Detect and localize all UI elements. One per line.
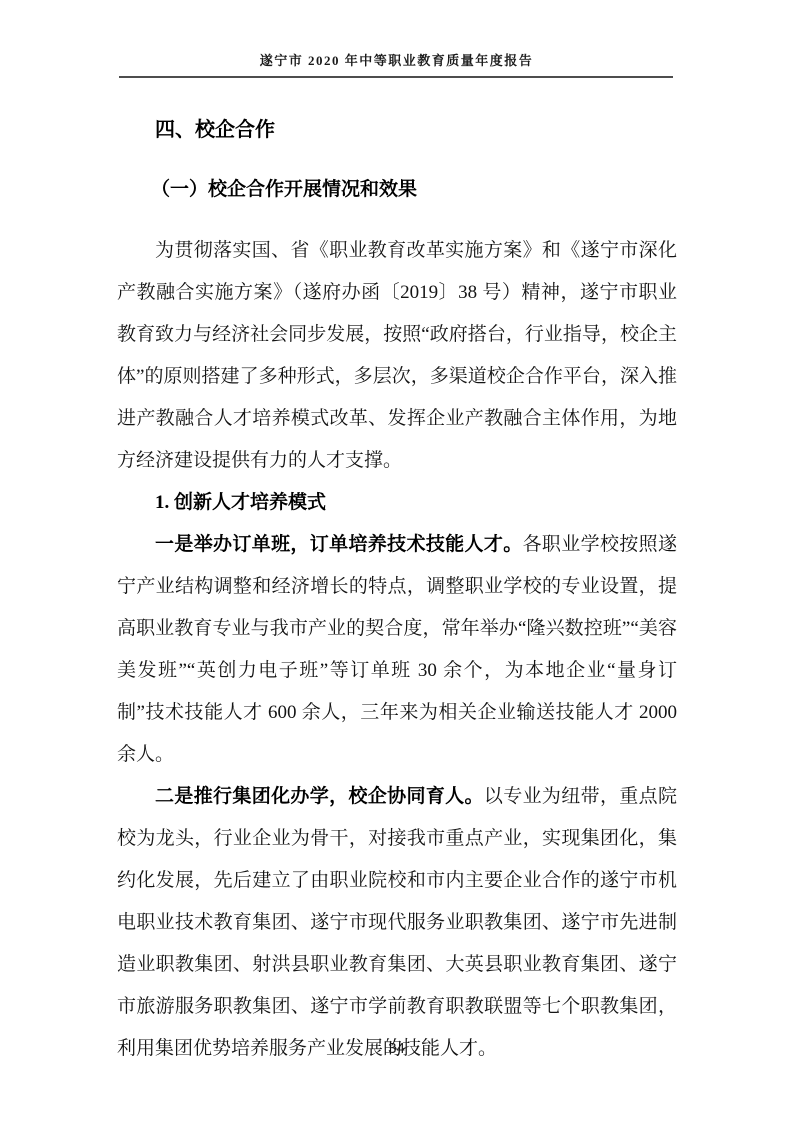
paragraph-intro: 为贯彻落实国、省《职业教育改革实施方案》和《遂宁市深化产教融合实施方案》（遂府办… [117,230,677,482]
paragraph-group-schooling: 二是推行集团化办学，校企协同育人。以专业为纽带，重点院校为龙头，行业企业为骨干，… [117,776,677,1070]
paragraph-lead: 一是举办订单班，订单培养技术技能人才。 [155,534,523,555]
point-heading-1: 1. 创新人才培养模式 [117,482,677,524]
paragraph-order-classes: 一是举办订单班，订单培养技术技能人才。各职业学校按照遂宁产业结构调整和经济增长的… [117,524,677,776]
paragraph-text: 以专业为纽带，重点院校为龙头，行业企业为骨干，对接我市重点产业，实现集团化，集约… [117,786,677,1059]
document-body: 四、校企合作 （一）校企合作开展情况和效果 为贯彻落实国、省《职业教育改革实施方… [117,106,677,1070]
paragraph-text: 为贯彻落实国、省《职业教育改革实施方案》和《遂宁市深化产教融合实施方案》（遂府办… [117,240,677,471]
subsection-heading: （一）校企合作开展情况和效果 [117,178,677,202]
paragraph-lead: 二是推行集团化办学，校企协同育人。 [155,786,484,807]
header-rule [119,76,673,78]
section-heading: 四、校企合作 [117,118,677,142]
document-page: 遂宁市 2020 年中等职业教育质量年度报告 四、校企合作 （一）校企合作开展情… [0,0,793,1122]
page-number: 34 [0,1040,793,1057]
page-header-title: 遂宁市 2020 年中等职业教育质量年度报告 [0,50,793,69]
paragraph-text: 各职业学校按照遂宁产业结构调整和经济增长的特点，调整职业学校的专业设置，提高职业… [117,534,677,765]
